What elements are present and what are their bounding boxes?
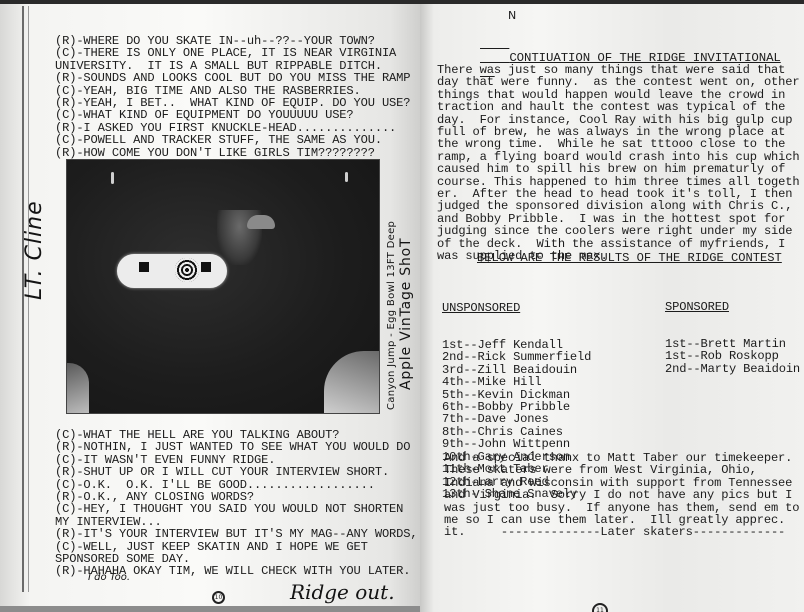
closing-line: and Virginia. Sorry I do not have any pi…: [444, 489, 799, 501]
result-entry: 2nd--Marty Beaidoin: [665, 363, 800, 375]
article-line: traction and hault the contest was typic…: [437, 101, 799, 113]
result-entry: 7th--Dave Jones: [442, 413, 591, 425]
right-page: N CONTIUATION OF THE RIDGE INVITATIONAL …: [420, 0, 804, 612]
skateboard-deck: [117, 254, 227, 288]
photo-credit-caption: LT. Cline: [22, 200, 47, 300]
interview-line: (R)-NOTHIN, I JUST WANTED TO SEE WHAT YO…: [55, 441, 417, 453]
photo-highlight: [345, 172, 348, 182]
page-number: 11: [592, 603, 608, 612]
photo-location-caption: Canyon Jump - Egg Bowl 13FT Deep: [386, 221, 397, 410]
photo-highlight: [111, 172, 114, 184]
page-bottom-edge: [0, 606, 420, 612]
interview-line: (R)-SHUT UP OR I WILL CUT YOUR INTERVIEW…: [55, 466, 417, 478]
deck-logo-icon: [175, 258, 199, 282]
unsponsored-heading: UNSPONSORED: [442, 302, 591, 314]
page-top-shadow: [0, 0, 420, 4]
skater-helmet: [247, 215, 275, 229]
interview-top: (R)-WHERE DO YOU SKATE IN--uh--??--YOUR …: [55, 35, 410, 159]
result-entry: 9th--John Wittpenn: [442, 438, 591, 450]
skate-photo: [66, 159, 380, 414]
interview-line: (C)-WHAT KIND OF EQUIPMENT DO YOUUUUU US…: [55, 109, 410, 121]
article-line: day that were funny. as the contest went…: [437, 76, 799, 88]
handwritten-note: I do Too.: [88, 572, 130, 583]
article-line: judged the sponsored division along with…: [437, 200, 799, 212]
closing-line: it. --------------Later skaters---------…: [444, 526, 799, 538]
signoff: Ridge out.: [290, 580, 395, 604]
result-entry: 1st--Rob Roskopp: [665, 350, 800, 362]
article-body: There was just so many things that were …: [437, 64, 799, 263]
left-page: (R)-WHERE DO YOU SKATE IN--uh--??--YOUR …: [0, 0, 420, 612]
bowl-edge-right: [324, 351, 379, 413]
interview-line: (R)-HOW COME YOU DON'T LIKE GIRLS TIM???…: [55, 147, 410, 159]
page-number: 10: [212, 591, 225, 604]
interview-line: (C)-POWELL AND TRACKER STUFF, THE SAME A…: [55, 134, 410, 146]
truck: [201, 262, 211, 272]
article-line: the wrong time. While he sat tttooo clos…: [437, 138, 799, 150]
closing-line: These skaters were from West Virginia, O…: [444, 464, 799, 476]
handwritten-correction: N: [508, 9, 516, 22]
page-top-shadow: [420, 0, 804, 4]
interview-line: (C)-HEY, I THOUGHT YOU SAID YOU WOULD NO…: [55, 503, 417, 515]
article-line: caused him to spill his brew on him prem…: [437, 163, 799, 175]
result-entry: 4th--Mike Hill: [442, 376, 591, 388]
interview-line: (R)-SOUNDS AND LOOKS COOL BUT DO YOU MIS…: [55, 72, 410, 84]
closing-paragraph: And a special thanx to Matt Taber our ti…: [444, 452, 799, 539]
interview-line: (R)-IT'S YOUR INTERVIEW BUT IT'S MY MAG-…: [55, 528, 417, 540]
result-entry: 2nd--Rick Summerfield: [442, 351, 591, 363]
sponsored-results: SPONSORED 1st--Brett Martin1st--Rob Rosk…: [665, 276, 800, 400]
sponsored-heading: SPONSORED: [665, 301, 800, 313]
article-line: judging since the coolers were right und…: [437, 225, 799, 237]
bowl-edge-left: [67, 363, 89, 413]
interview-line: (C)-THERE IS ONLY ONE PLACE, IT IS NEAR …: [55, 47, 410, 59]
interview-bottom: (C)-WHAT THE HELL ARE YOU TALKING ABOUT?…: [55, 429, 417, 578]
photo-vintage-caption: Apple VinTage ShoT: [398, 238, 414, 390]
truck: [139, 262, 149, 272]
results-heading: BELOW ARE THE RESULTS OF THE RIDGE CONTE…: [477, 251, 782, 265]
